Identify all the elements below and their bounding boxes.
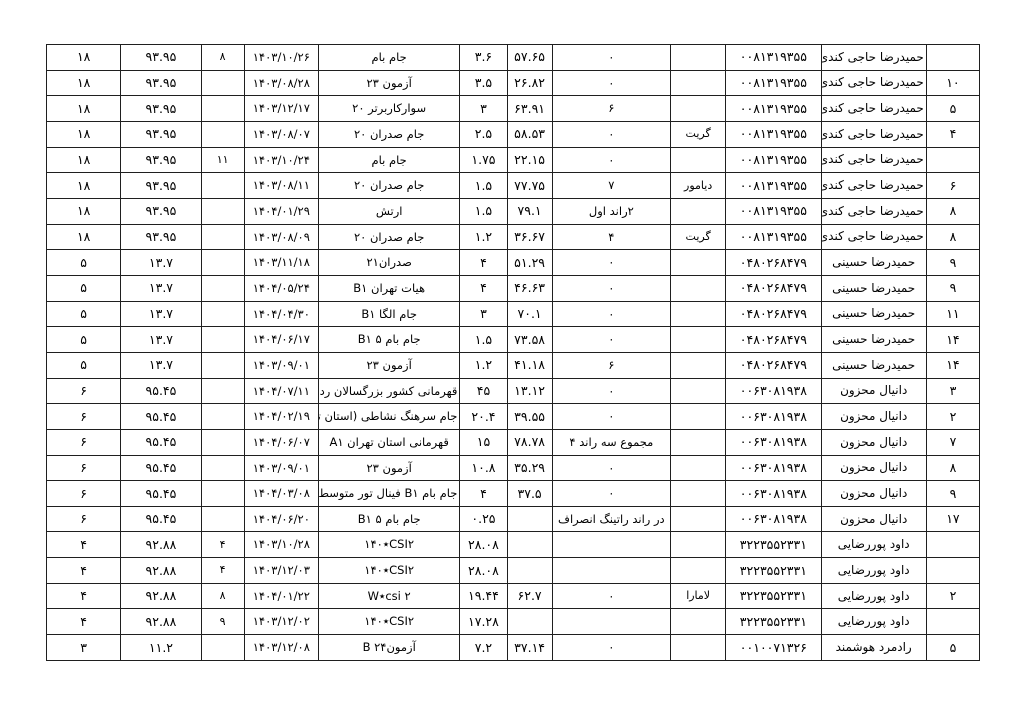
rating-cell: ۹۵.۴۵ (121, 481, 201, 507)
table-row: ۵حمیدرضا حاجی کندی۰۰۸۱۳۱۹۳۵۵۶۶۳.۹۱۳سوارک… (47, 96, 980, 122)
aux-number-cell (201, 429, 244, 455)
rank-cell: ۹ (926, 250, 979, 276)
percent-cell: ۵۱.۲۹ (507, 250, 552, 276)
points-cell: ۳.۶ (460, 45, 507, 71)
points-cell: ۱۵ (460, 429, 507, 455)
rank-cell: ۲ (926, 583, 979, 609)
aux-number-cell (201, 506, 244, 532)
percent-cell: ۳۶.۶۷ (507, 224, 552, 250)
percent-cell (507, 558, 552, 584)
rating-cell: ۹۲.۸۸ (121, 583, 201, 609)
event-name-cell: جام بام B۱ فینال تور متوسط (318, 481, 459, 507)
percent-cell: ۷۳.۵۸ (507, 327, 552, 353)
count-cell: ۶ (47, 378, 121, 404)
event-date-cell: ۱۴۰۳/۰۸/۲۸ (244, 70, 318, 96)
count-cell: ۶ (47, 506, 121, 532)
result-note-cell: ۰ (552, 45, 670, 71)
count-cell: ۵ (47, 301, 121, 327)
horse-name-cell (671, 96, 726, 122)
table-row: ۱۴حمیدرضا حسینی۰۴۸۰۲۶۸۴۷۹۶۴۱.۱۸۱.۲آزمون … (47, 352, 980, 378)
horse-name-cell: دیامور (671, 173, 726, 199)
national-id-cell: ۳۲۲۳۵۵۲۳۳۱ (726, 532, 821, 558)
horse-name-cell: گریت (671, 224, 726, 250)
rank-cell: ۲ (926, 404, 979, 430)
event-date-cell: ۱۴۰۳/۰۸/۰۷ (244, 121, 318, 147)
aux-number-cell: ۸ (201, 583, 244, 609)
result-note-cell: ۰ (552, 275, 670, 301)
percent-cell: ۷۸.۷۸ (507, 429, 552, 455)
rank-cell (926, 558, 979, 584)
percent-cell: ۵۷.۶۵ (507, 45, 552, 71)
horse-name-cell (671, 455, 726, 481)
points-cell: ۰.۲۵ (460, 506, 507, 532)
table-row: حمیدرضا حاجی کندی۰۰۸۱۳۱۹۳۵۵۰۵۷.۶۵۳.۶جام … (47, 45, 980, 71)
horse-name-cell (671, 558, 726, 584)
table-row: ۱۰حمیدرضا حاجی کندی۰۰۸۱۳۱۹۳۵۵۰۲۶.۸۲۳.۵آز… (47, 70, 980, 96)
count-cell: ۶ (47, 429, 121, 455)
rider-name-cell: حمیدرضا حسینی (821, 250, 926, 276)
percent-cell: ۳۵.۲۹ (507, 455, 552, 481)
horse-name-cell (671, 70, 726, 96)
count-cell: ۴ (47, 558, 121, 584)
rating-cell: ۹۳.۹۵ (121, 70, 201, 96)
event-name-cell: csi ۲٭W (318, 583, 459, 609)
rider-name-cell: حمیدرضا حاجی کندی (821, 121, 926, 147)
rating-results-table: حمیدرضا حاجی کندی۰۰۸۱۳۱۹۳۵۵۰۵۷.۶۵۳.۶جام … (46, 44, 980, 661)
rank-cell: ۳ (926, 378, 979, 404)
event-name-cell: آزمون ۲۳ (318, 455, 459, 481)
rating-cell: ۱۱.۲ (121, 635, 201, 661)
table-row: ۵رادمرد هوشمند۰۰۱۰۰۷۱۳۲۶۰۳۷.۱۴۷.۲آزمون۲۴… (47, 635, 980, 661)
event-name-cell: جام بام ۵ B۱ (318, 506, 459, 532)
count-cell: ۱۸ (47, 96, 121, 122)
points-cell: ۷.۲ (460, 635, 507, 661)
aux-number-cell (201, 327, 244, 353)
event-date-cell: ۱۴۰۴/۰۱/۲۹ (244, 198, 318, 224)
rank-cell: ۴ (926, 121, 979, 147)
event-date-cell: ۱۴۰۴/۰۳/۰۸ (244, 481, 318, 507)
count-cell: ۶ (47, 404, 121, 430)
rating-cell: ۱۳.۷ (121, 250, 201, 276)
national-id-cell: ۰۴۸۰۲۶۸۴۷۹ (726, 301, 821, 327)
rider-name-cell: دانیال محزون (821, 378, 926, 404)
percent-cell: ۳۷.۱۴ (507, 635, 552, 661)
event-date-cell: ۱۴۰۳/۰۸/۰۹ (244, 224, 318, 250)
result-note-cell: ۶ (552, 96, 670, 122)
points-cell: ۲۰.۴ (460, 404, 507, 430)
horse-name-cell (671, 609, 726, 635)
rider-name-cell: داود پوررضایی (821, 583, 926, 609)
points-cell: ۱.۵ (460, 198, 507, 224)
horse-name-cell (671, 352, 726, 378)
national-id-cell: ۰۴۸۰۲۶۸۴۷۹ (726, 250, 821, 276)
national-id-cell: ۰۰۶۳۰۸۱۹۳۸ (726, 506, 821, 532)
points-cell: ۱.۲ (460, 224, 507, 250)
rider-name-cell: حمیدرضا حسینی (821, 327, 926, 353)
rider-name-cell: دانیال محزون (821, 455, 926, 481)
event-name-cell: CSI۲٭۱۴۰ (318, 558, 459, 584)
table-row: ۲دانیال محزون۰۰۶۳۰۸۱۹۳۸۰۳۹.۵۵۲۰.۴جام سره… (47, 404, 980, 430)
rank-cell: ۹ (926, 481, 979, 507)
result-note-cell: ۰ (552, 583, 670, 609)
rating-cell: ۱۳.۷ (121, 275, 201, 301)
count-cell: ۱۸ (47, 121, 121, 147)
horse-name-cell (671, 147, 726, 173)
result-note-cell: ۰ (552, 301, 670, 327)
table-row: ۲داود پوررضایی۳۲۲۳۵۵۲۳۳۱لامارا۰۶۲.۷۱۹.۴۴… (47, 583, 980, 609)
rider-name-cell: دانیال محزون (821, 429, 926, 455)
points-cell: ۲.۵ (460, 121, 507, 147)
rider-name-cell: حمیدرضا حاجی کندی (821, 224, 926, 250)
rank-cell: ۹ (926, 275, 979, 301)
rider-name-cell: دانیال محزون (821, 404, 926, 430)
percent-cell: ۴۱.۱۸ (507, 352, 552, 378)
count-cell: ۵ (47, 327, 121, 353)
rating-cell: ۹۲.۸۸ (121, 532, 201, 558)
rating-cell: ۹۵.۴۵ (121, 404, 201, 430)
horse-name-cell (671, 532, 726, 558)
horse-name-cell (671, 275, 726, 301)
result-note-cell: ۲راند اول (552, 198, 670, 224)
result-note-cell: ۰ (552, 327, 670, 353)
event-name-cell: هیات تهران B۱ (318, 275, 459, 301)
result-note-cell: ۰ (552, 481, 670, 507)
aux-number-cell (201, 404, 244, 430)
result-note-cell: ۰ (552, 635, 670, 661)
event-date-cell: ۱۴۰۳/۱۰/۲۸ (244, 532, 318, 558)
aux-number-cell (201, 250, 244, 276)
aux-number-cell (201, 70, 244, 96)
points-cell: ۱.۵ (460, 173, 507, 199)
table-body: حمیدرضا حاجی کندی۰۰۸۱۳۱۹۳۵۵۰۵۷.۶۵۳.۶جام … (47, 45, 980, 661)
horse-name-cell: گریت (671, 121, 726, 147)
rank-cell (926, 609, 979, 635)
event-date-cell: ۱۴۰۴/۰۴/۳۰ (244, 301, 318, 327)
percent-cell: ۶۳.۹۱ (507, 96, 552, 122)
national-id-cell: ۳۲۲۳۵۵۲۳۳۱ (726, 583, 821, 609)
national-id-cell: ۰۴۸۰۲۶۸۴۷۹ (726, 352, 821, 378)
count-cell: ۴ (47, 583, 121, 609)
count-cell: ۱۸ (47, 147, 121, 173)
count-cell: ۴ (47, 532, 121, 558)
document-page: حمیدرضا حاجی کندی۰۰۸۱۳۱۹۳۵۵۰۵۷.۶۵۳.۶جام … (0, 0, 1024, 724)
percent-cell: ۷۹.۱ (507, 198, 552, 224)
national-id-cell: ۰۰۸۱۳۱۹۳۵۵ (726, 121, 821, 147)
percent-cell: ۲۶.۸۲ (507, 70, 552, 96)
aux-number-cell (201, 481, 244, 507)
points-cell: ۱.۷۵ (460, 147, 507, 173)
aux-number-cell: ۴ (201, 532, 244, 558)
horse-name-cell (671, 481, 726, 507)
national-id-cell: ۰۴۸۰۲۶۸۴۷۹ (726, 327, 821, 353)
rider-name-cell: حمیدرضا حسینی (821, 301, 926, 327)
table-row: داود پوررضایی۳۲۲۳۵۵۲۳۳۱۲۸.۰۸CSI۲٭۱۴۰۱۴۰۳… (47, 532, 980, 558)
aux-number-cell (201, 301, 244, 327)
table-row: حمیدرضا حاجی کندی۰۰۸۱۳۱۹۳۵۵۰۲۲.۱۵۱.۷۵جام… (47, 147, 980, 173)
event-name-cell: جام صدران ۲۰ (318, 224, 459, 250)
rider-name-cell: رادمرد هوشمند (821, 635, 926, 661)
horse-name-cell (671, 198, 726, 224)
rating-cell: ۹۳.۹۵ (121, 173, 201, 199)
count-cell: ۵ (47, 250, 121, 276)
points-cell: ۱۷.۲۸ (460, 609, 507, 635)
table-row: داود پوررضایی۳۲۲۳۵۵۲۳۳۱۲۸.۰۸CSI۲٭۱۴۰۱۴۰۳… (47, 558, 980, 584)
event-date-cell: ۱۴۰۳/۱۱/۱۸ (244, 250, 318, 276)
event-name-cell: جام صدران ۲۰ (318, 121, 459, 147)
percent-cell: ۳۷.۵ (507, 481, 552, 507)
rider-name-cell: حمیدرضا حاجی کندی (821, 96, 926, 122)
national-id-cell: ۰۰۱۰۰۷۱۳۲۶ (726, 635, 821, 661)
percent-cell: ۴۶.۶۳ (507, 275, 552, 301)
national-id-cell: ۰۰۶۳۰۸۱۹۳۸ (726, 429, 821, 455)
table-row: ۴حمیدرضا حاجی کندی۰۰۸۱۳۱۹۳۵۵گریت۰۵۸.۵۳۲.… (47, 121, 980, 147)
result-note-cell: ۰ (552, 147, 670, 173)
event-name-cell: سوارکاربرتر ۲۰ (318, 96, 459, 122)
table-row: ۱۱حمیدرضا حسینی۰۴۸۰۲۶۸۴۷۹۰۷۰.۱۳جام الگا … (47, 301, 980, 327)
event-name-cell: جام الگا B۱ (318, 301, 459, 327)
event-date-cell: ۱۴۰۳/۱۲/۱۷ (244, 96, 318, 122)
rider-name-cell: حمیدرضا حاجی کندی (821, 147, 926, 173)
rank-cell: ۱۴ (926, 327, 979, 353)
rider-name-cell: حمیدرضا حاجی کندی (821, 45, 926, 71)
horse-name-cell (671, 635, 726, 661)
horse-name-cell (671, 250, 726, 276)
event-name-cell: جام سرهنگ نشاطی (استان تهران) B (318, 404, 459, 430)
table-row: ۳دانیال محزون۰۰۶۳۰۸۱۹۳۸۰۱۳.۱۲۴۵قهرمانی ک… (47, 378, 980, 404)
count-cell: ۴ (47, 609, 121, 635)
aux-number-cell: ۹ (201, 609, 244, 635)
national-id-cell: ۰۰۶۳۰۸۱۹۳۸ (726, 481, 821, 507)
rating-cell: ۹۳.۹۵ (121, 121, 201, 147)
count-cell: ۶ (47, 455, 121, 481)
result-note-cell: مجموع سه راند ۴ (552, 429, 670, 455)
rating-cell: ۹۳.۹۵ (121, 147, 201, 173)
national-id-cell: ۰۰۸۱۳۱۹۳۵۵ (726, 224, 821, 250)
rating-cell: ۹۳.۹۵ (121, 198, 201, 224)
national-id-cell: ۰۰۸۱۳۱۹۳۵۵ (726, 198, 821, 224)
percent-cell (507, 506, 552, 532)
rank-cell: ۱۰ (926, 70, 979, 96)
horse-name-cell (671, 378, 726, 404)
count-cell: ۱۸ (47, 198, 121, 224)
event-name-cell: آزمون۲۴ B (318, 635, 459, 661)
event-name-cell: CSI۲٭۱۴۰ (318, 532, 459, 558)
aux-number-cell (201, 275, 244, 301)
event-name-cell: آزمون ۲۳ (318, 352, 459, 378)
event-date-cell: ۱۴۰۳/۱۰/۲۴ (244, 147, 318, 173)
event-date-cell: ۱۴۰۴/۰۶/۱۷ (244, 327, 318, 353)
event-name-cell: قهرمانی استان تهران A۱ (318, 429, 459, 455)
aux-number-cell (201, 635, 244, 661)
national-id-cell: ۰۰۸۱۳۱۹۳۵۵ (726, 96, 821, 122)
percent-cell: ۳۹.۵۵ (507, 404, 552, 430)
result-note-cell: ۷ (552, 173, 670, 199)
national-id-cell: ۰۰۸۱۳۱۹۳۵۵ (726, 70, 821, 96)
count-cell: ۱۸ (47, 45, 121, 71)
rank-cell: ۸ (926, 198, 979, 224)
horse-name-cell (671, 301, 726, 327)
percent-cell: ۷۰.۱ (507, 301, 552, 327)
count-cell: ۶ (47, 481, 121, 507)
rider-name-cell: حمیدرضا حسینی (821, 352, 926, 378)
result-note-cell (552, 558, 670, 584)
rank-cell: ۵ (926, 96, 979, 122)
rider-name-cell: حمیدرضا حاجی کندی (821, 173, 926, 199)
national-id-cell: ۰۰۶۳۰۸۱۹۳۸ (726, 404, 821, 430)
points-cell: ۴ (460, 481, 507, 507)
event-date-cell: ۱۴۰۳/۰۹/۰۱ (244, 455, 318, 481)
points-cell: ۴ (460, 250, 507, 276)
aux-number-cell: ۱۱ (201, 147, 244, 173)
percent-cell: ۲۲.۱۵ (507, 147, 552, 173)
event-name-cell: قهرمانی کشور بزرگسالان رده A (318, 378, 459, 404)
rank-cell: ۱۱ (926, 301, 979, 327)
rank-cell: ۸ (926, 224, 979, 250)
national-id-cell: ۰۰۸۱۳۱۹۳۵۵ (726, 45, 821, 71)
points-cell: ۱.۵ (460, 327, 507, 353)
event-name-cell: جام بام (318, 45, 459, 71)
horse-name-cell (671, 506, 726, 532)
points-cell: ۱.۲ (460, 352, 507, 378)
national-id-cell: ۰۰۸۱۳۱۹۳۵۵ (726, 147, 821, 173)
rider-name-cell: حمیدرضا حسینی (821, 275, 926, 301)
event-date-cell: ۱۴۰۳/۱۲/۰۸ (244, 635, 318, 661)
national-id-cell: ۰۰۶۳۰۸۱۹۳۸ (726, 378, 821, 404)
horse-name-cell (671, 429, 726, 455)
event-date-cell: ۱۴۰۴/۰۷/۱۱ (244, 378, 318, 404)
aux-number-cell (201, 121, 244, 147)
horse-name-cell (671, 327, 726, 353)
points-cell: ۲۸.۰۸ (460, 532, 507, 558)
rating-cell: ۹۵.۴۵ (121, 506, 201, 532)
rider-name-cell: داود پوررضایی (821, 532, 926, 558)
event-name-cell: جام بام (318, 147, 459, 173)
aux-number-cell (201, 198, 244, 224)
event-name-cell: آزمون ۲۳ (318, 70, 459, 96)
rank-cell (926, 147, 979, 173)
count-cell: ۵ (47, 275, 121, 301)
points-cell: ۴۵ (460, 378, 507, 404)
event-date-cell: ۱۴۰۳/۱۰/۲۶ (244, 45, 318, 71)
event-date-cell: ۱۴۰۴/۰۲/۱۹ (244, 404, 318, 430)
count-cell: ۱۸ (47, 70, 121, 96)
aux-number-cell (201, 224, 244, 250)
rider-name-cell: حمیدرضا حاجی کندی (821, 70, 926, 96)
rider-name-cell: دانیال محزون (821, 506, 926, 532)
table-row: ۶حمیدرضا حاجی کندی۰۰۸۱۳۱۹۳۵۵دیامور۷۷۷.۷۵… (47, 173, 980, 199)
rating-cell: ۱۳.۷ (121, 301, 201, 327)
result-note-cell: ۰ (552, 250, 670, 276)
result-note-cell (552, 532, 670, 558)
table-row: ۸دانیال محزون۰۰۶۳۰۸۱۹۳۸۰۳۵.۲۹۱۰.۸آزمون ۲… (47, 455, 980, 481)
rating-cell: ۹۳.۹۵ (121, 45, 201, 71)
event-name-cell: جام صدران ۲۰ (318, 173, 459, 199)
rating-cell: ۹۵.۴۵ (121, 429, 201, 455)
result-note-cell: ۰ (552, 121, 670, 147)
aux-number-cell: ۸ (201, 45, 244, 71)
horse-name-cell: لامارا (671, 583, 726, 609)
table-row: ۸حمیدرضا حاجی کندی۰۰۸۱۳۱۹۳۵۵گریت۴۳۶.۶۷۱.… (47, 224, 980, 250)
rating-cell: ۹۳.۹۵ (121, 96, 201, 122)
result-note-cell: ۴ (552, 224, 670, 250)
event-date-cell: ۱۴۰۳/۱۲/۰۳ (244, 558, 318, 584)
rank-cell: ۱۷ (926, 506, 979, 532)
aux-number-cell (201, 455, 244, 481)
count-cell: ۵ (47, 352, 121, 378)
percent-cell: ۶۲.۷ (507, 583, 552, 609)
aux-number-cell (201, 173, 244, 199)
table-row: داود پوررضایی۳۲۲۳۵۵۲۳۳۱۱۷.۲۸CSI۲٭۱۴۰۱۴۰۳… (47, 609, 980, 635)
event-date-cell: ۱۴۰۳/۰۸/۱۱ (244, 173, 318, 199)
rating-cell: ۱۳.۷ (121, 352, 201, 378)
rider-name-cell: داود پوررضایی (821, 558, 926, 584)
count-cell: ۳ (47, 635, 121, 661)
aux-number-cell (201, 96, 244, 122)
aux-number-cell (201, 378, 244, 404)
table-row: ۱۴حمیدرضا حسینی۰۴۸۰۲۶۸۴۷۹۰۷۳.۵۸۱.۵جام با… (47, 327, 980, 353)
national-id-cell: ۳۲۲۳۵۵۲۳۳۱ (726, 558, 821, 584)
points-cell: ۳.۵ (460, 70, 507, 96)
rating-cell: ۹۵.۴۵ (121, 455, 201, 481)
percent-cell (507, 609, 552, 635)
rank-cell: ۸ (926, 455, 979, 481)
rating-cell: ۹۵.۴۵ (121, 378, 201, 404)
points-cell: ۳ (460, 301, 507, 327)
rating-cell: ۹۲.۸۸ (121, 558, 201, 584)
result-note-cell: ۰ (552, 455, 670, 481)
event-name-cell: جام بام ۵ B۱ (318, 327, 459, 353)
event-name-cell: صدران۲۱ (318, 250, 459, 276)
rank-cell: ۱۴ (926, 352, 979, 378)
rank-cell: ۵ (926, 635, 979, 661)
result-note-cell: ۶ (552, 352, 670, 378)
percent-cell: ۱۳.۱۲ (507, 378, 552, 404)
event-name-cell: CSI۲٭۱۴۰ (318, 609, 459, 635)
percent-cell: ۵۸.۵۳ (507, 121, 552, 147)
result-note-cell: ۰ (552, 404, 670, 430)
rider-name-cell: دانیال محزون (821, 481, 926, 507)
points-cell: ۱۹.۴۴ (460, 583, 507, 609)
percent-cell: ۷۷.۷۵ (507, 173, 552, 199)
rank-cell: ۶ (926, 173, 979, 199)
count-cell: ۱۸ (47, 173, 121, 199)
event-date-cell: ۱۴۰۳/۰۹/۰۱ (244, 352, 318, 378)
result-note-cell: ۰ (552, 378, 670, 404)
points-cell: ۱۰.۸ (460, 455, 507, 481)
rider-name-cell: حمیدرضا حاجی کندی (821, 198, 926, 224)
event-name-cell: ارتش (318, 198, 459, 224)
event-date-cell: ۱۴۰۴/۰۶/۲۰ (244, 506, 318, 532)
count-cell: ۱۸ (47, 224, 121, 250)
table-row: ۹حمیدرضا حسینی۰۴۸۰۲۶۸۴۷۹۰۵۱.۲۹۴صدران۲۱۱۴… (47, 250, 980, 276)
table-row: ۱۷دانیال محزون۰۰۶۳۰۸۱۹۳۸در راند راتینگ ا… (47, 506, 980, 532)
result-note-cell: ۰ (552, 70, 670, 96)
national-id-cell: ۰۴۸۰۲۶۸۴۷۹ (726, 275, 821, 301)
percent-cell (507, 532, 552, 558)
rating-cell: ۱۳.۷ (121, 327, 201, 353)
table-row: ۷دانیال محزون۰۰۶۳۰۸۱۹۳۸مجموع سه راند ۴۷۸… (47, 429, 980, 455)
points-cell: ۳ (460, 96, 507, 122)
event-date-cell: ۱۴۰۳/۱۲/۰۲ (244, 609, 318, 635)
rank-cell (926, 45, 979, 71)
aux-number-cell: ۴ (201, 558, 244, 584)
table-row: ۹دانیال محزون۰۰۶۳۰۸۱۹۳۸۰۳۷.۵۴جام بام B۱ … (47, 481, 980, 507)
aux-number-cell (201, 352, 244, 378)
result-note-cell: در راند راتینگ انصراف (552, 506, 670, 532)
table-row: ۹حمیدرضا حسینی۰۴۸۰۲۶۸۴۷۹۰۴۶.۶۳۴هیات تهرا… (47, 275, 980, 301)
national-id-cell: ۰۰۶۳۰۸۱۹۳۸ (726, 455, 821, 481)
rank-cell: ۷ (926, 429, 979, 455)
